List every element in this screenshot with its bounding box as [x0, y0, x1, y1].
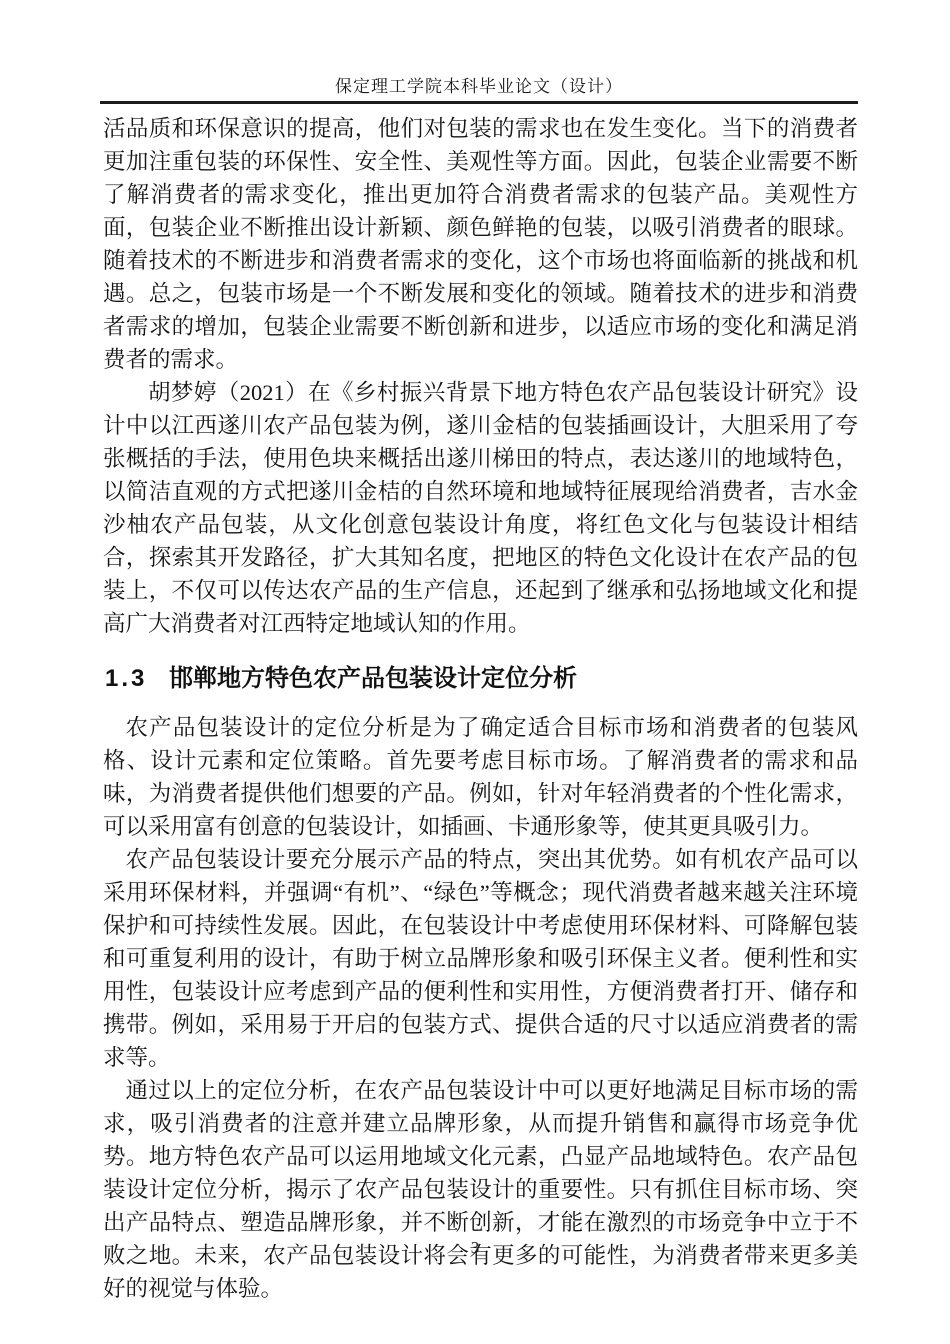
document-body: 活品质和环保意识的提高，他们对包装的需求也在发生变化。当下的消费者更加注重包装的…: [103, 112, 858, 1305]
header-divider-line: [100, 101, 858, 104]
body-paragraph-5: 通过以上的定位分析，在农产品包装设计中可以更好地满足目标市场的需求，吸引消费者的…: [103, 1074, 858, 1305]
document-page: 保定理工学院本科毕业论文（设计） 活品质和环保意识的提高，他们对包装的需求也在发…: [0, 0, 950, 1344]
body-paragraph-4: 农产品包装设计要充分展示产品的特点，突出其优势。如有机农产品可以采用环保材料，并…: [103, 843, 858, 1074]
section-heading-1-3: 1.3邯郸地方特色农产品包装设计定位分析: [105, 662, 858, 695]
page-number: 3: [0, 1238, 950, 1258]
body-paragraph-3: 农产品包装设计的定位分析是为了确定适合目标市场和消费者的包装风格、设计元素和定位…: [103, 711, 858, 843]
section-number: 1.3: [105, 665, 147, 692]
section-title: 邯郸地方特色农产品包装设计定位分析: [169, 665, 577, 692]
body-paragraph-1: 活品质和环保意识的提高，他们对包装的需求也在发生变化。当下的消费者更加注重包装的…: [103, 112, 858, 376]
running-header-title: 保定理工学院本科毕业论文（设计）: [100, 72, 858, 97]
body-paragraph-2: 胡梦婷（2021）在《乡村振兴背景下地方特色农产品包装设计研究》设计中以江西遂川…: [103, 376, 858, 640]
